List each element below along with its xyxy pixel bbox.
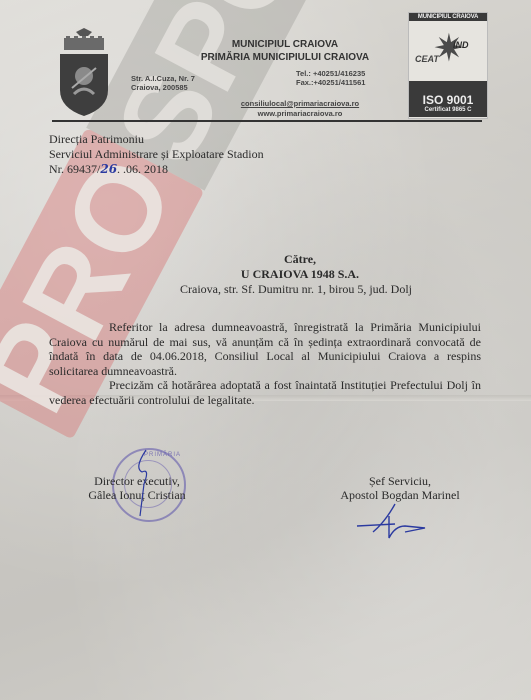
signature-right: Șef Serviciu, Apostol Bogdan Marinel	[325, 474, 475, 502]
header-divider	[52, 120, 482, 122]
certificate-bottom: ISO 9001 Certificat 9865 C	[409, 81, 487, 117]
registration-number: Nr. 69437/26. .06. 2018	[49, 162, 264, 177]
right-signature-mark-icon	[355, 502, 430, 542]
logo-text-left: CEAT	[415, 54, 439, 64]
city-coat-of-arms-icon	[58, 28, 110, 118]
institution-contact: Tel.: +40251/416235 Fax.:+40251/411561	[296, 69, 365, 87]
body-paragraph-1: Referitor la adresa dumneavoastră, înreg…	[49, 320, 481, 378]
recipient-salutation: Către,	[150, 252, 450, 267]
registration-day-handwritten: 26	[100, 162, 117, 176]
ceat-ind-logo: ✷ CEAT IND	[409, 21, 487, 81]
institution-line-1: MUNICIPIUL CRAIOVA	[160, 38, 410, 51]
recipient-address: Craiova, str. Sf. Dumitru nr. 1, birou 5…	[142, 282, 450, 297]
institution-web: consiliulocal@primariacraiova.ro www.pri…	[180, 99, 420, 119]
institution-line-2: PRIMĂRIA MUNICIPIULUI CRAIOVA	[160, 51, 410, 64]
certificate-number: Certificat 9865 C	[409, 106, 487, 114]
address-line-2: Craiova, 200585	[131, 83, 195, 92]
registration-suffix: . .06. 2018	[117, 162, 168, 176]
institution-address: Str. A.I.Cuza, Nr. 7 Craiova, 200585	[131, 74, 195, 92]
registration-prefix: Nr. 69437/	[49, 162, 100, 176]
address-line-1: Str. A.I.Cuza, Nr. 7	[131, 74, 195, 83]
iso-certificate-badge: MUNICIPIUL CRAIOVA ✷ CEAT IND ISO 9001 C…	[408, 12, 488, 119]
logo-text-right: IND	[453, 40, 469, 50]
sender-service: Serviciul Administrare și Exploatare Sta…	[49, 147, 264, 162]
right-signatory-name: Apostol Bogdan Marinel	[325, 488, 475, 502]
telephone: Tel.: +40251/416235	[296, 69, 365, 78]
recipient-name: U CRAIOVA 1948 S.A.	[150, 267, 450, 282]
fax: Fax.:+40251/411561	[296, 78, 365, 87]
email-link[interactable]: consiliulocal@primariacraiova.ro	[180, 99, 420, 109]
iso-label: ISO 9001	[409, 94, 487, 106]
recipient-block: Către, U CRAIOVA 1948 S.A. Craiova, str.…	[150, 252, 450, 297]
left-signature-mark-icon	[128, 448, 158, 518]
letter-body: Referitor la adresa dumneavoastră, înreg…	[49, 320, 481, 407]
sender-block: Direcția Patrimoniu Serviciul Administra…	[49, 132, 264, 177]
website-link[interactable]: www.primariacraiova.ro	[180, 109, 420, 119]
institution-title: MUNICIPIUL CRAIOVA PRIMĂRIA MUNICIPIULUI…	[160, 38, 410, 64]
right-signatory-title: Șef Serviciu,	[325, 474, 475, 488]
certificate-top-label: MUNICIPIUL CRAIOVA	[409, 13, 487, 21]
body-paragraph-2: Precizăm că hotărârea adoptată a fost în…	[49, 378, 481, 407]
sender-department: Direcția Patrimoniu	[49, 132, 264, 147]
